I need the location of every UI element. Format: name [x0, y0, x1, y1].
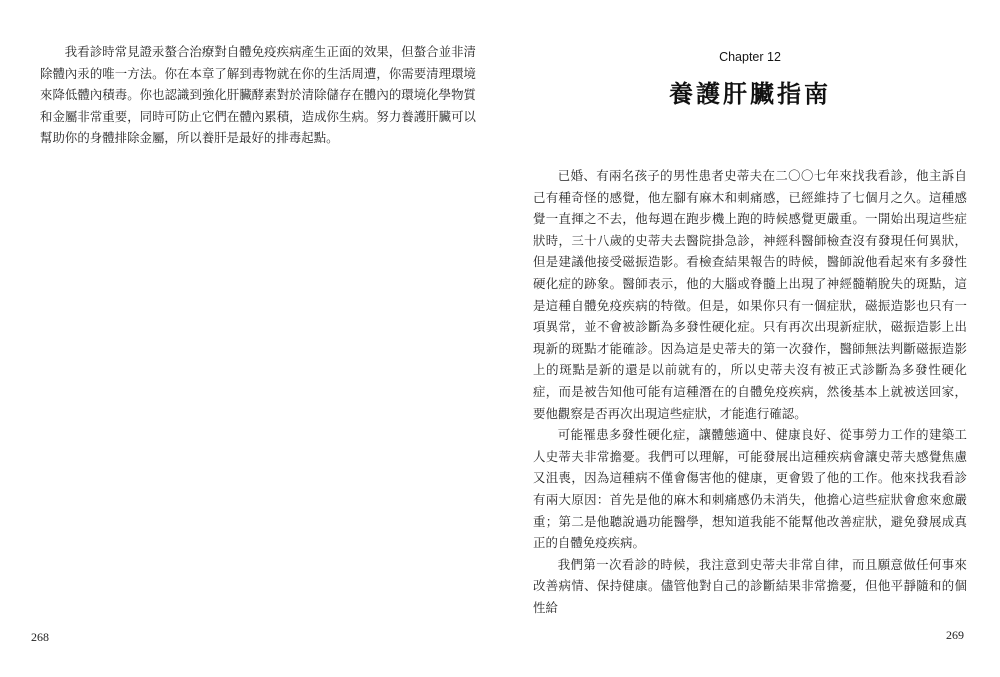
right-page-body: 已婚、有兩名孩子的男性患者史蒂夫在二〇〇七年來找我看診，他主訴自己有種奇怪的感覺…: [533, 166, 967, 619]
chapter-label: Chapter 12: [533, 50, 967, 64]
page-number-left: 268: [31, 630, 49, 645]
chapter-title: 養護肝臟指南: [533, 74, 967, 109]
body-paragraph-1: 已婚、有兩名孩子的男性患者史蒂夫在二〇〇七年來找我看診，他主訴自己有種奇怪的感覺…: [533, 166, 967, 425]
body-paragraph-3: 我們第一次看診的時候，我注意到史蒂夫非常自律，而且願意做任何事來改善病情、保持健…: [533, 555, 967, 620]
left-page-paragraph: 我看診時常見證汞螯合治療對自體免疫疾病產生正面的效果，但螯合並非清除體內汞的唯一…: [40, 42, 476, 150]
left-page-body: 我看診時常見證汞螯合治療對自體免疫疾病產生正面的效果，但螯合並非清除體內汞的唯一…: [40, 42, 476, 150]
page-number-right: 269: [946, 628, 964, 643]
body-paragraph-2: 可能罹患多發性硬化症，讓體態適中、健康良好、從事勞力工作的建築工人史蒂夫非常擔憂…: [533, 425, 967, 555]
book-spread: 我看診時常見證汞螯合治療對自體免疫疾病產生正面的效果，但螯合並非清除體內汞的唯一…: [0, 0, 1000, 677]
